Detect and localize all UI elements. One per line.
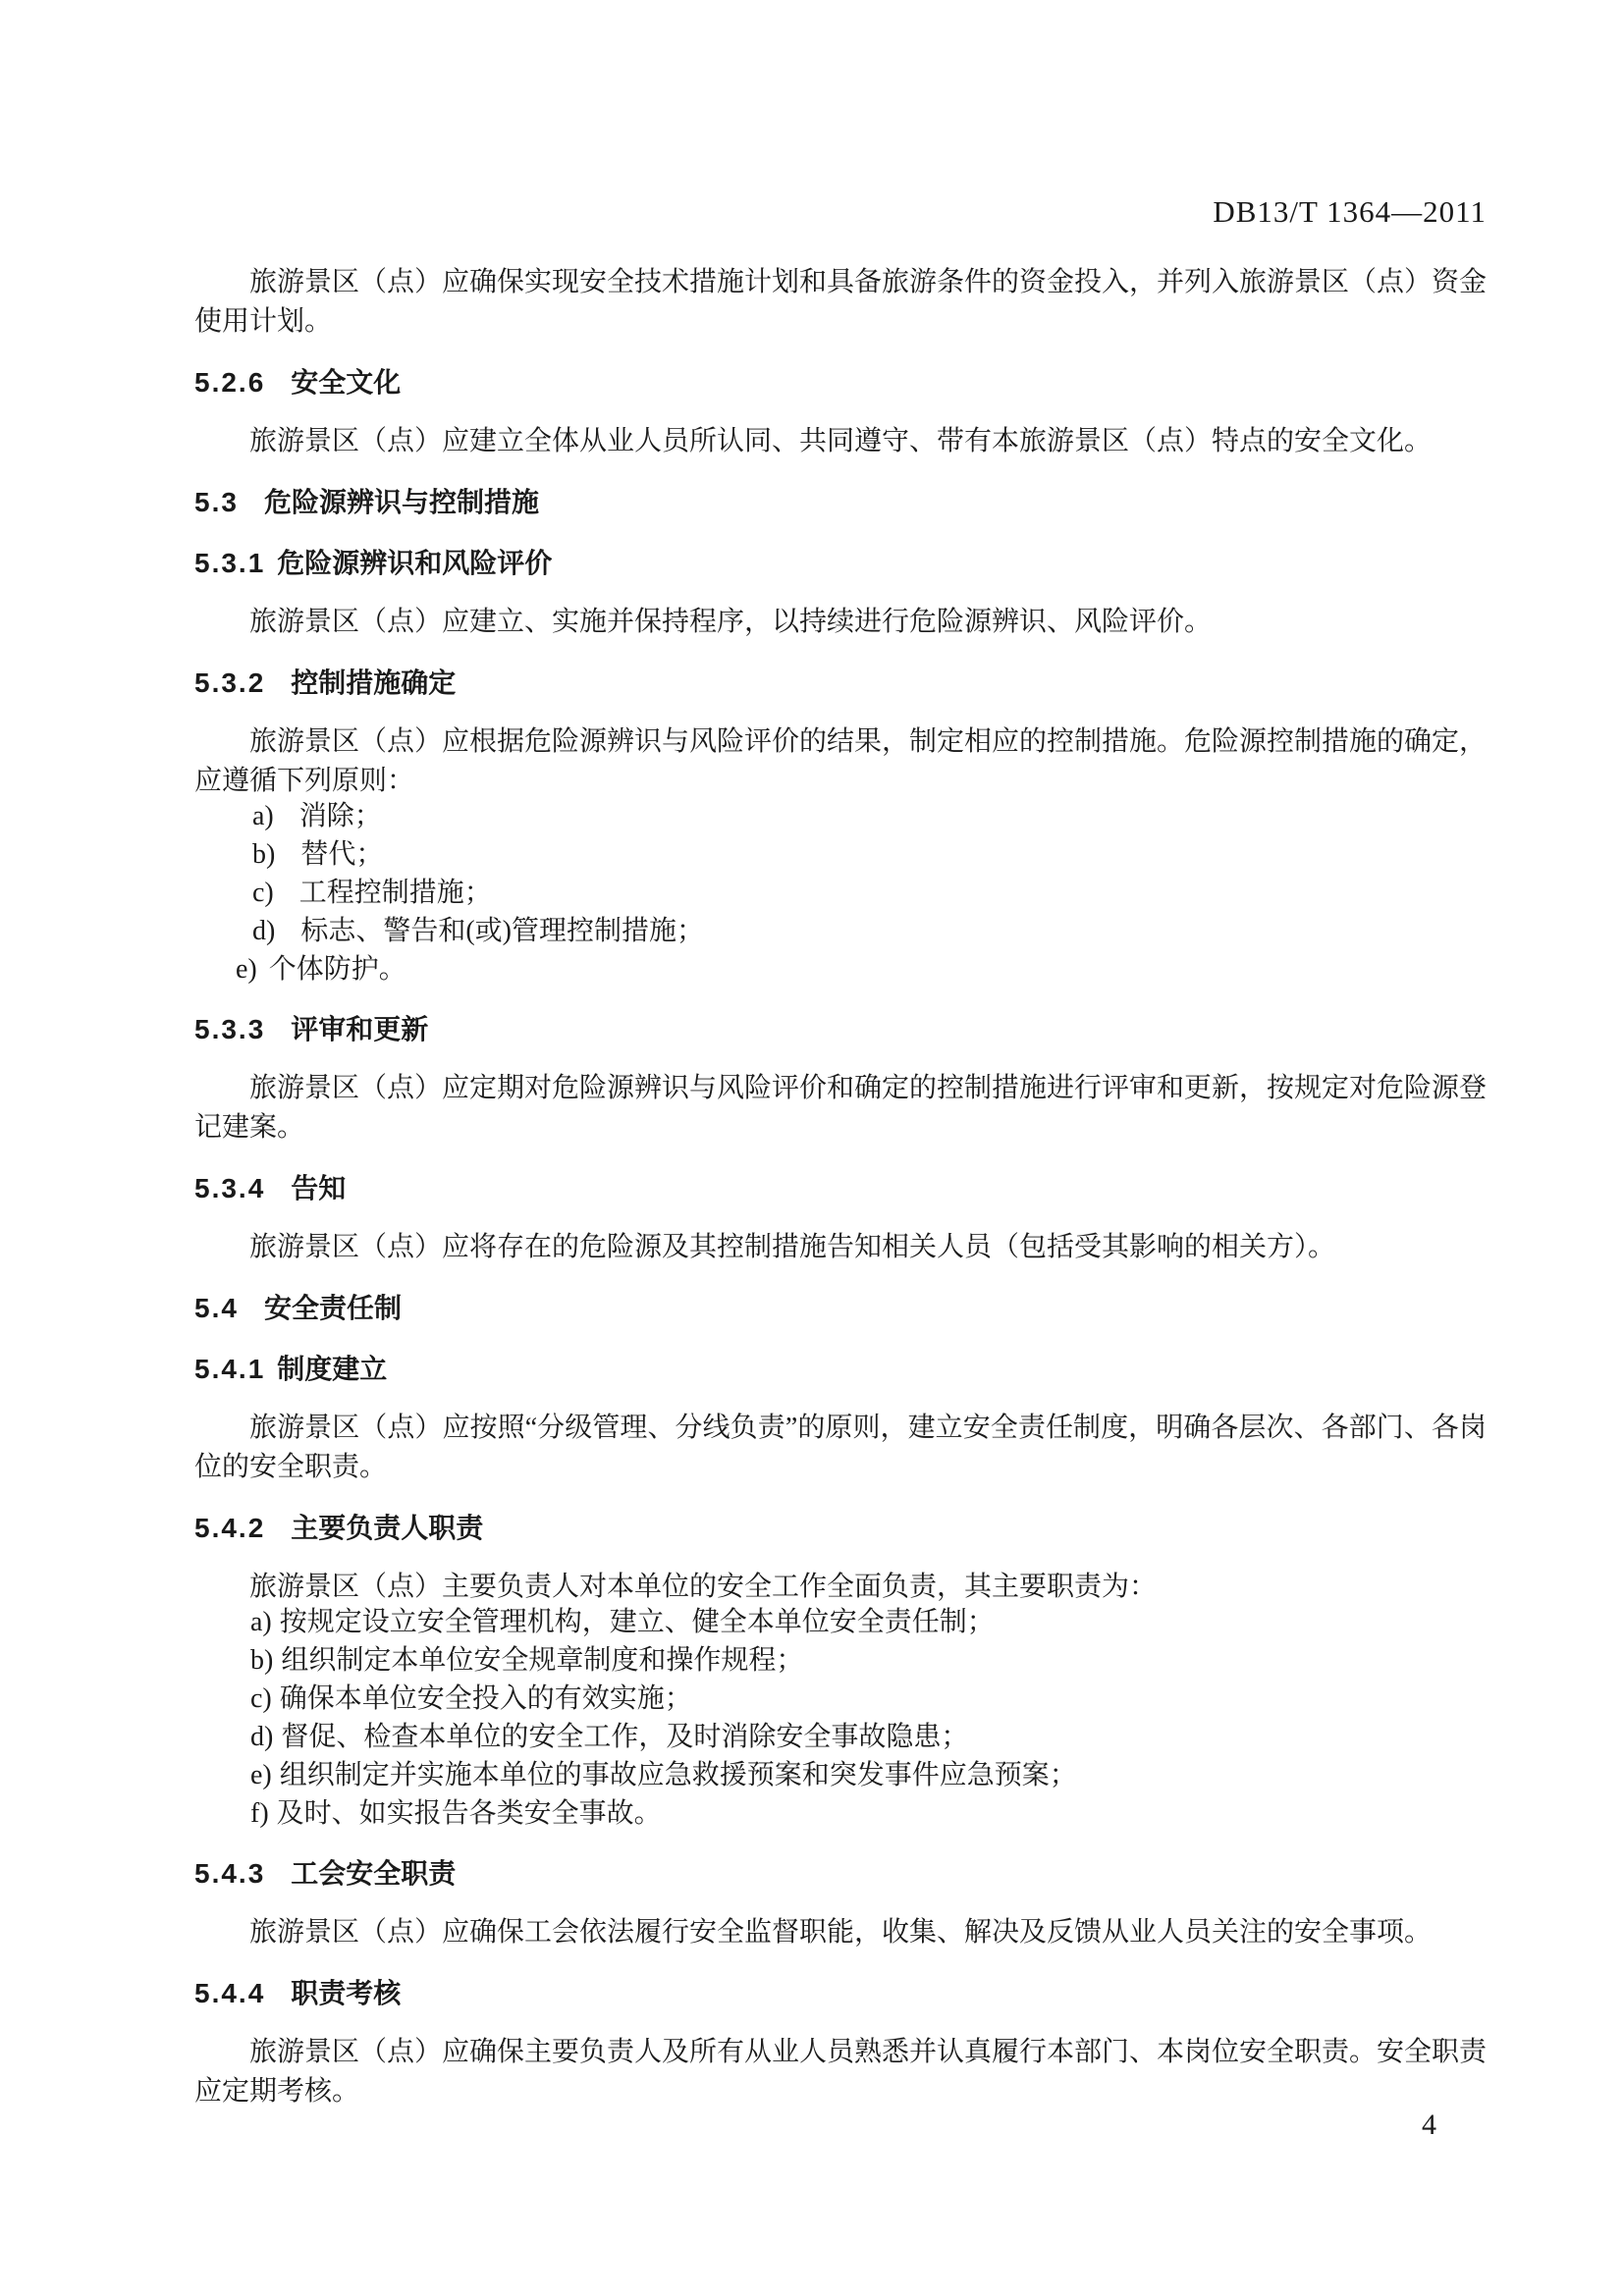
list-item-text: 替代； — [300, 839, 383, 870]
clause-title: 制度建立 — [277, 1354, 387, 1384]
clause-heading: 5.4安全责任制 — [194, 1289, 1487, 1328]
list-item-text: 组织制定并实施本单位的事故应急救援预案和突发事件应急预案； — [280, 1760, 1077, 1790]
document-page: DB13/T 1364—2011 旅游景区（点）应确保实现安全技术措施计划和具备… — [0, 0, 1623, 2296]
list-item-letter: d) — [250, 1722, 273, 1752]
list-item-text: 标志、警告和(或)管理控制措施； — [300, 916, 704, 946]
clause-title: 工会安全职责 — [291, 1858, 456, 1889]
list-item: b)替代； — [194, 835, 1487, 874]
list-item: c)工程控制措施； — [194, 874, 1487, 912]
clause-title: 危险源辨识与控制措施 — [264, 487, 539, 517]
document-header-code: DB13/T 1364—2011 — [194, 192, 1487, 232]
list-item-letter: e) — [250, 1760, 272, 1790]
list-item: e)个体防护。 — [194, 950, 1487, 988]
list-item-text: 个体防护。 — [269, 954, 406, 985]
list-item-text: 组织制定本单位安全规章制度和操作规程； — [281, 1645, 803, 1676]
clause-number: 5.3 — [194, 487, 239, 517]
list-item: b)组织制定本单位安全规章制度和操作规程； — [194, 1641, 1487, 1680]
clause-number: 5.4.1 — [194, 1354, 265, 1384]
clause-paragraph: 旅游景区（点）应定期对危险源辨识与风险评价和确定的控制措施进行评审和更新，按规定… — [194, 1069, 1487, 1148]
clause-blocks: 旅游景区（点）应确保实现安全技术措施计划和具备旅游条件的资金投入，并列入旅游景区… — [194, 263, 1487, 2111]
clause-list: a)消除；b)替代；c)工程控制措施；d)标志、警告和(或)管理控制措施；e)个… — [194, 797, 1487, 988]
list-item-letter: c) — [252, 878, 274, 908]
page-number: 4 — [1422, 2106, 1436, 2145]
list-item: a)按规定设立安全管理机构，建立、健全本单位安全责任制； — [194, 1603, 1487, 1641]
clause-paragraph: 旅游景区（点）应确保实现安全技术措施计划和具备旅游条件的资金投入，并列入旅游景区… — [194, 263, 1487, 342]
list-item: c)确保本单位安全投入的有效实施； — [194, 1680, 1487, 1718]
list-item: d)督促、检查本单位的安全工作，及时消除安全事故隐患； — [194, 1718, 1487, 1756]
clause-title: 主要负责人职责 — [291, 1513, 483, 1543]
document-content: DB13/T 1364—2011 旅游景区（点）应确保实现安全技术措施计划和具备… — [194, 0, 1487, 2131]
clause-title: 危险源辨识和风险评价 — [277, 548, 552, 578]
clause-number: 5.3.3 — [194, 1014, 265, 1044]
list-item-letter: b) — [250, 1645, 273, 1676]
clause-number: 5.4 — [194, 1293, 239, 1323]
list-item-text: 督促、检查本单位的安全工作，及时消除安全事故隐患； — [281, 1722, 968, 1752]
clause-paragraph: 旅游景区（点）主要负责人对本单位的安全工作全面负责，其主要职责为： — [194, 1568, 1487, 1607]
list-item-letter: c) — [250, 1683, 272, 1714]
list-item-letter: f) — [250, 1798, 269, 1829]
clause-number: 5.3.2 — [194, 667, 265, 698]
clause-title: 告知 — [291, 1173, 346, 1203]
list-item-text: 确保本单位安全投入的有效实施； — [280, 1683, 692, 1714]
clause-paragraph: 旅游景区（点）应建立全体从业人员所认同、共同遵守、带有本旅游景区（点）特点的安全… — [194, 422, 1487, 461]
clause-number: 5.3.4 — [194, 1173, 265, 1203]
list-item: f)及时、如实报告各类安全事故。 — [194, 1794, 1487, 1833]
clause-heading: 5.3危险源辨识与控制措施 — [194, 483, 1487, 522]
clause-title: 控制措施确定 — [291, 667, 456, 698]
clause-number: 5.4.4 — [194, 1978, 265, 2008]
list-item: e)组织制定并实施本单位的事故应急救援预案和突发事件应急预案； — [194, 1756, 1487, 1794]
clause-title: 职责考核 — [291, 1978, 401, 2008]
clause-paragraph: 旅游景区（点）应确保工会依法履行安全监督职能，收集、解决及反馈从业人员关注的安全… — [194, 1913, 1487, 1952]
clause-heading: 5.4.3工会安全职责 — [194, 1854, 1487, 1894]
list-item-letter: e) — [236, 954, 257, 985]
clause-title: 安全文化 — [291, 367, 401, 398]
clause-title: 评审和更新 — [291, 1014, 428, 1044]
clause-heading: 5.3.2控制措施确定 — [194, 664, 1487, 703]
list-item-text: 按规定设立安全管理机构，建立、健全本单位安全责任制； — [280, 1607, 995, 1637]
clause-title: 安全责任制 — [264, 1293, 402, 1323]
clause-heading: 5.4.1制度建立 — [194, 1350, 1487, 1389]
clause-list: a)按规定设立安全管理机构，建立、健全本单位安全责任制；b)组织制定本单位安全规… — [194, 1603, 1487, 1833]
list-item-letter: d) — [252, 916, 275, 946]
list-item: a)消除； — [194, 797, 1487, 835]
clause-heading: 5.2.6安全文化 — [194, 363, 1487, 402]
clause-number: 5.3.1 — [194, 548, 265, 578]
list-item-text: 工程控制措施； — [299, 878, 492, 908]
clause-paragraph: 旅游景区（点）应根据危险源辨识与风险评价的结果，制定相应的控制措施。危险源控制措… — [194, 722, 1487, 801]
clause-paragraph: 旅游景区（点）应按照“分级管理、分线负责”的原则，建立安全责任制度，明确各层次、… — [194, 1409, 1487, 1487]
list-item-letter: b) — [252, 839, 275, 870]
list-item-text: 消除； — [299, 801, 382, 831]
clause-paragraph: 旅游景区（点）应将存在的危险源及其控制措施告知相关人员（包括受其影响的相关方）。 — [194, 1228, 1487, 1267]
list-item-letter: a) — [252, 801, 274, 831]
clause-paragraph: 旅游景区（点）应建立、实施并保持程序，以持续进行危险源辨识、风险评价。 — [194, 603, 1487, 642]
clause-heading: 5.3.4告知 — [194, 1169, 1487, 1208]
clause-heading: 5.3.1危险源辨识和风险评价 — [194, 544, 1487, 583]
clause-number: 5.4.2 — [194, 1513, 265, 1543]
clause-heading: 5.3.3评审和更新 — [194, 1010, 1487, 1049]
clause-paragraph: 旅游景区（点）应确保主要负责人及所有从业人员熟悉并认真履行本部门、本岗位安全职责… — [194, 2033, 1487, 2111]
clause-number: 5.2.6 — [194, 367, 265, 398]
list-item-text: 及时、如实报告各类安全事故。 — [277, 1798, 662, 1829]
list-item: d)标志、警告和(或)管理控制措施； — [194, 912, 1487, 950]
clause-number: 5.4.3 — [194, 1858, 265, 1889]
list-item-letter: a) — [250, 1607, 272, 1637]
clause-heading: 5.4.2主要负责人职责 — [194, 1509, 1487, 1548]
clause-heading: 5.4.4职责考核 — [194, 1974, 1487, 2013]
